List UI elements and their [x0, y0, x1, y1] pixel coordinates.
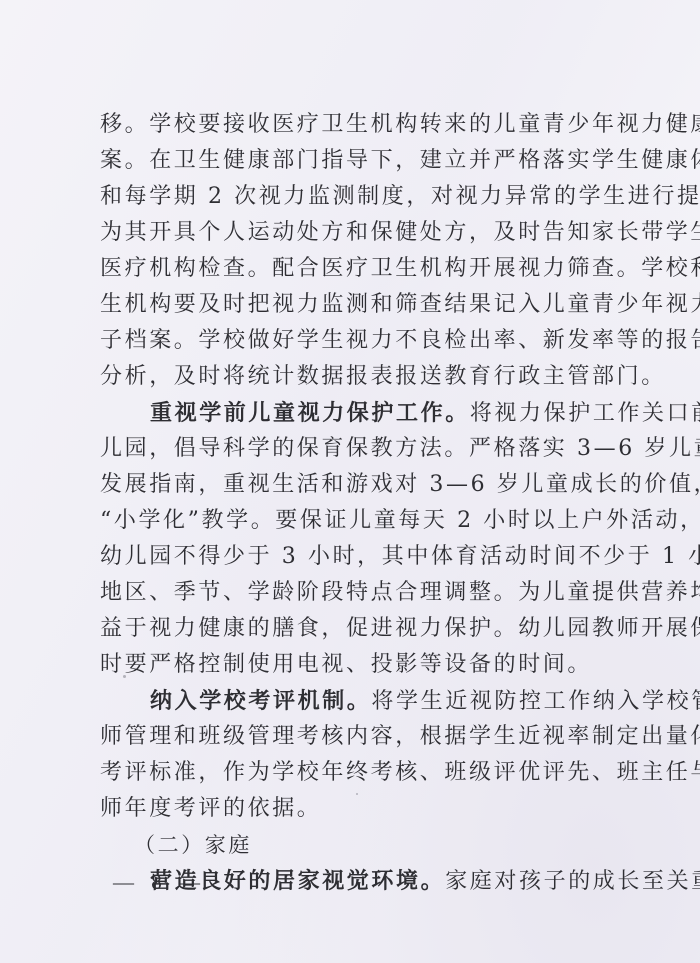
- paragraph-preschool-vision-protection: 重视学前儿童视力保护工作。将视力保护工作关口前移至幼 儿园，倡导科学的保育保教方…: [100, 398, 648, 686]
- text-line: 移。学校要接收医疗卫生机构转来的儿童青少年视力健康电子档: [100, 110, 648, 146]
- text-line: 师管理和班级管理考核内容，根据学生近视率制定出量化细则或: [100, 722, 648, 758]
- text-line: 子档案。学校做好学生视力不良检出率、新发率等的报告和统计: [100, 326, 648, 362]
- section-heading-family: （二）家庭: [100, 830, 648, 866]
- text-line: 时要严格控制使用电视、投影等设备的时间。: [100, 650, 648, 686]
- paragraph-text: 将视力保护工作关口前移至幼: [470, 401, 700, 426]
- text-line: 纳入学校考评机制。将学生近视防控工作纳入学校管理、教: [100, 686, 648, 722]
- paragraph-school-evaluation: 纳入学校考评机制。将学生近视防控工作纳入学校管理、教 师管理和班级管理考核内容，…: [100, 686, 648, 830]
- text-line: 和每学期 2 次视力监测制度，对视力异常的学生进行提醒教育，: [100, 182, 648, 218]
- text-line: 发展指南，重视生活和游戏对 3—6 岁儿童成长的价值，严禁: [100, 470, 648, 506]
- page-number: — 8 —: [113, 870, 206, 895]
- text-line: 幼儿园不得少于 3 小时，其中体育活动时间不少于 1 小时，结合: [100, 542, 648, 578]
- paragraph-student-health-records: 移。学校要接收医疗卫生机构转来的儿童青少年视力健康电子档 案。在卫生健康部门指导…: [100, 110, 648, 398]
- paragraph-text: 家庭对孩子的成长至关重要。家: [445, 869, 700, 894]
- text-line: 分析，及时将统计数据报表报送教育行政主管部门。: [100, 362, 648, 398]
- paragraph-lead: 纳入学校考评机制。: [150, 688, 371, 714]
- document-page: 移。学校要接收医疗卫生机构转来的儿童青少年视力健康电子档 案。在卫生健康部门指导…: [0, 0, 700, 963]
- text-line: 为其开具个人运动处方和保健处方，及时告知家长带学生到眼科: [100, 218, 648, 254]
- text-line: 重视学前儿童视力保护工作。将视力保护工作关口前移至幼: [100, 398, 648, 434]
- text-line: 生机构要及时把视力监测和筛查结果记入儿童青少年视力健康电: [100, 290, 648, 326]
- document-body: 移。学校要接收医疗卫生机构转来的儿童青少年视力健康电子档 案。在卫生健康部门指导…: [100, 110, 648, 902]
- text-line: 考评标准，作为学校年终考核、班级评优评先、班主任与任课老: [100, 758, 648, 794]
- scan-speck: [123, 675, 126, 678]
- text-line: 案。在卫生健康部门指导下，建立并严格落实学生健康体检制度: [100, 146, 648, 182]
- text-line: 益于视力健康的膳食，促进视力保护。幼儿园教师开展保教工作: [100, 614, 648, 650]
- paragraph-text: 将学生近视防控工作纳入学校管理、教: [371, 689, 700, 714]
- scan-speck: [432, 117, 434, 119]
- text-line: 医疗机构检查。配合医疗卫生机构开展视力筛查。学校和医疗卫: [100, 254, 648, 290]
- text-line: “小学化”教学。要保证儿童每天 2 小时以上户外活动，寄宿制: [100, 506, 648, 542]
- text-line: 师年度考评的依据。: [100, 794, 648, 830]
- text-line: 儿园，倡导科学的保育保教方法。严格落实 3—6 岁儿童学习与: [100, 434, 648, 470]
- scan-speck: [356, 793, 358, 795]
- paragraph-lead: 重视学前儿童视力保护工作。: [150, 400, 470, 426]
- text-line: 地区、季节、学龄阶段特点合理调整。为儿童提供营养均衡、有: [100, 578, 648, 614]
